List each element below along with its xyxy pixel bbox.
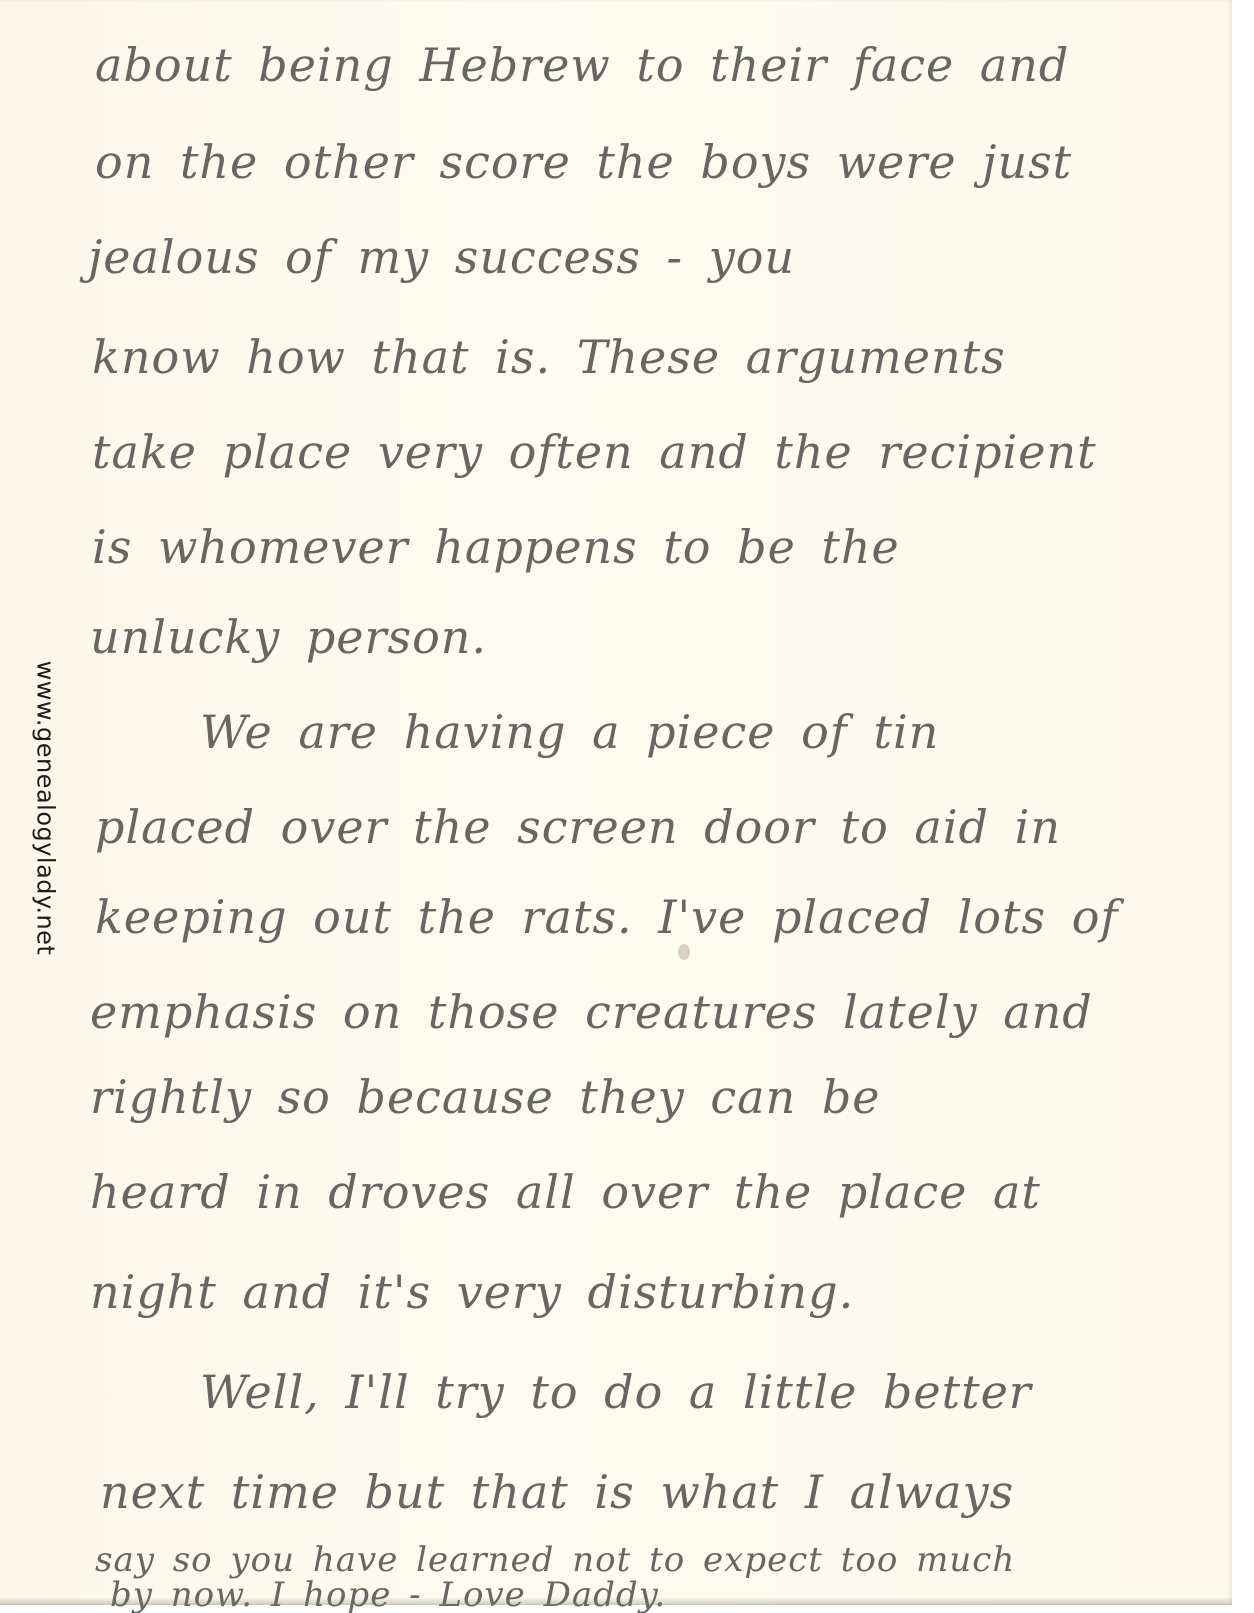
letter-line: next time but that is what I always: [100, 1465, 1014, 1519]
letter-line: is whomever happens to be the: [92, 520, 900, 574]
letter-line: Well, I'll try to do a little better: [200, 1365, 1032, 1419]
letter-line: keeping out the rats. I've placed lots o…: [95, 890, 1118, 944]
letter-signoff: by now. I hope - Love Daddy.: [110, 1575, 666, 1613]
letter-line: night and it's very disturbing.: [90, 1265, 854, 1319]
letter-line: We are having a piece of tin: [200, 705, 939, 759]
letter-line: about being Hebrew to their face and: [95, 38, 1069, 92]
letter-line: jealous of my success - you: [88, 230, 795, 284]
letter-line: say so you have learned not to expect to…: [95, 1540, 1015, 1580]
letter-body: about being Hebrew to their face and on …: [0, 0, 1232, 1605]
letter-page: www.genealogylady.net about being Hebrew…: [0, 0, 1232, 1605]
letter-line: know how that is. These arguments: [92, 330, 1006, 384]
letter-line: take place very often and the recipient: [92, 425, 1097, 479]
letter-line: on the other score the boys were just: [95, 135, 1072, 189]
letter-line: rightly so because they can be: [90, 1070, 880, 1124]
letter-line: emphasis on those creatures lately and: [90, 985, 1093, 1039]
letter-line: heard in droves all over the place at: [90, 1165, 1041, 1219]
letter-line: placed over the screen door to aid in: [95, 800, 1061, 854]
letter-line: unlucky person.: [90, 610, 487, 664]
